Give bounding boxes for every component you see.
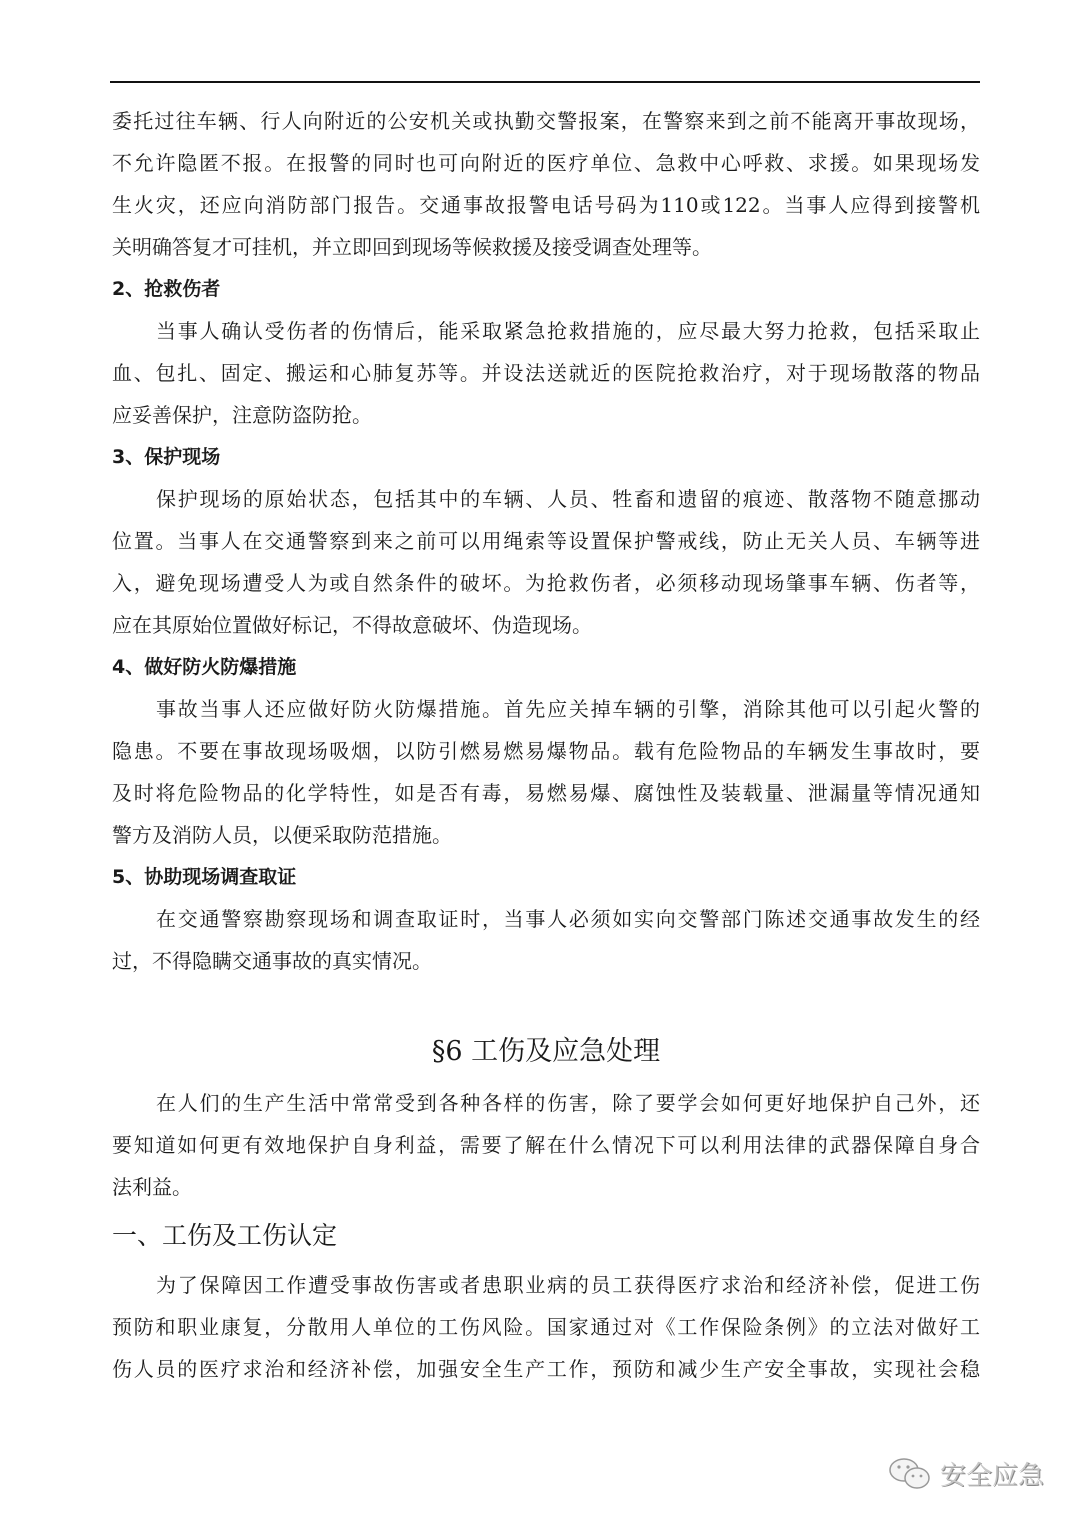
text-line: 预防和职业康复，分散用人单位的工伤风险。国家通过对《工作保险条例》的立法对做好工 <box>112 1306 980 1348</box>
text-line: 位置。当事人在交通警察到来之前可以用绳索等设置保护警戒线，防止无关人员、车辆等进 <box>112 520 980 562</box>
text-line: 在人们的生产生活中常常受到各种各样的伤害，除了要学会如何更好地保护自己外，还 <box>112 1082 980 1124</box>
text-line: 血、包扎、固定、搬运和心肺复苏等。并设法送就近的医院抢救治疗，对于现场散落的物品 <box>112 352 980 394</box>
text-line: 不允许隐匿不报。在报警的同时也可向附近的医疗单位、急救中心呼救、求援。如果现场发 <box>112 142 980 184</box>
heading-assist-investigation: 5、协助现场调查取证 <box>112 856 980 898</box>
heading-fire-prevention: 4、做好防火防爆措施 <box>112 646 980 688</box>
text-line: 当事人确认受伤者的伤情后，能采取紧急抢救措施的，应尽最大努力抢救，包括采取止 <box>112 310 980 352</box>
wechat-icon <box>888 1456 932 1492</box>
text-line: 要知道如何更有效地保护自身利益，需要了解在什么情况下可以利用法律的武器保障自身合 <box>112 1124 980 1166</box>
paragraph-assist-investigation: 在交通警察勘察现场和调查取证时，当事人必须如实向交警部门陈述交通事故发生的经 过… <box>112 898 980 982</box>
text-line: 警方及消防人员，以便采取防范措施。 <box>112 814 980 856</box>
watermark: 安全应急 <box>888 1455 1044 1492</box>
heading-protect-scene: 3、保护现场 <box>112 436 980 478</box>
text-line: 保护现场的原始状态，包括其中的车辆、人员、牲畜和遗留的痕迹、散落物不随意挪动 <box>112 478 980 520</box>
text-line: 伤人员的医疗求治和经济补偿，加强安全生产工作，预防和减少生产安全事故，实现社会稳 <box>112 1348 980 1390</box>
text-line: 应妥善保护，注意防盗防抢。 <box>112 394 980 436</box>
text-line: 应在其原始位置做好标记，不得故意破坏、伪造现场。 <box>112 604 980 646</box>
text-line: 事故当事人还应做好防火防爆措施。首先应关掉车辆的引擎，消除其他可以引起火警的 <box>112 688 980 730</box>
watermark-text: 安全应急 <box>940 1455 1044 1492</box>
heading-rescue-injured: 2、抢救伤者 <box>112 268 980 310</box>
text-line: 及时将危险物品的化学特性，如是否有毒，易燃易爆、腐蚀性及装载量、泄漏量等情况通知 <box>112 772 980 814</box>
document-page: 委托过往车辆、行人向附近的公安机关或执勤交警报案，在警察来到之前不能离开事故现场… <box>112 100 980 1390</box>
text-line: 隐患。不要在事故现场吸烟，以防引燃易燃易爆物品。载有危险物品的车辆发生事故时，要 <box>112 730 980 772</box>
text-line: 过，不得隐瞒交通事故的真实情况。 <box>112 940 980 982</box>
paragraph-report: 委托过往车辆、行人向附近的公安机关或执勤交警报案，在警察来到之前不能离开事故现场… <box>112 100 980 268</box>
paragraph-section-intro: 在人们的生产生活中常常受到各种各样的伤害，除了要学会如何更好地保护自己外，还 要… <box>112 1082 980 1208</box>
text-line: 在交通警察勘察现场和调查取证时，当事人必须如实向交警部门陈述交通事故发生的经 <box>112 898 980 940</box>
header-rule <box>110 81 980 83</box>
section-title: §6 工伤及应急处理 <box>112 1022 980 1082</box>
text-line: 为了保障因工作遭受事故伤害或者患职业病的员工获得医疗求治和经济补偿，促进工伤 <box>112 1264 980 1306</box>
paragraph-work-injury: 为了保障因工作遭受事故伤害或者患职业病的员工获得医疗求治和经济补偿，促进工伤 预… <box>112 1264 980 1390</box>
paragraph-protect-scene: 保护现场的原始状态，包括其中的车辆、人员、牲畜和遗留的痕迹、散落物不随意挪动 位… <box>112 478 980 646</box>
text-line: 委托过往车辆、行人向附近的公安机关或执勤交警报案，在警察来到之前不能离开事故现场… <box>112 100 980 142</box>
text-line: 关明确答复才可挂机，并立即回到现场等候救援及接受调查处理等。 <box>112 226 980 268</box>
text-line: 法利益。 <box>112 1166 980 1208</box>
text-line: 入，避免现场遭受人为或自然条件的破坏。为抢救伤者，必须移动现场肇事车辆、伤者等， <box>112 562 980 604</box>
subsection-title: 一、工伤及工伤认定 <box>112 1208 980 1264</box>
paragraph-fire-prevention: 事故当事人还应做好防火防爆措施。首先应关掉车辆的引擎，消除其他可以引起火警的 隐… <box>112 688 980 856</box>
paragraph-rescue-injured: 当事人确认受伤者的伤情后，能采取紧急抢救措施的，应尽最大努力抢救，包括采取止 血… <box>112 310 980 436</box>
text-line: 生火灾，还应向消防部门报告。交通事故报警电话号码为110或122。当事人应得到接… <box>112 184 980 226</box>
